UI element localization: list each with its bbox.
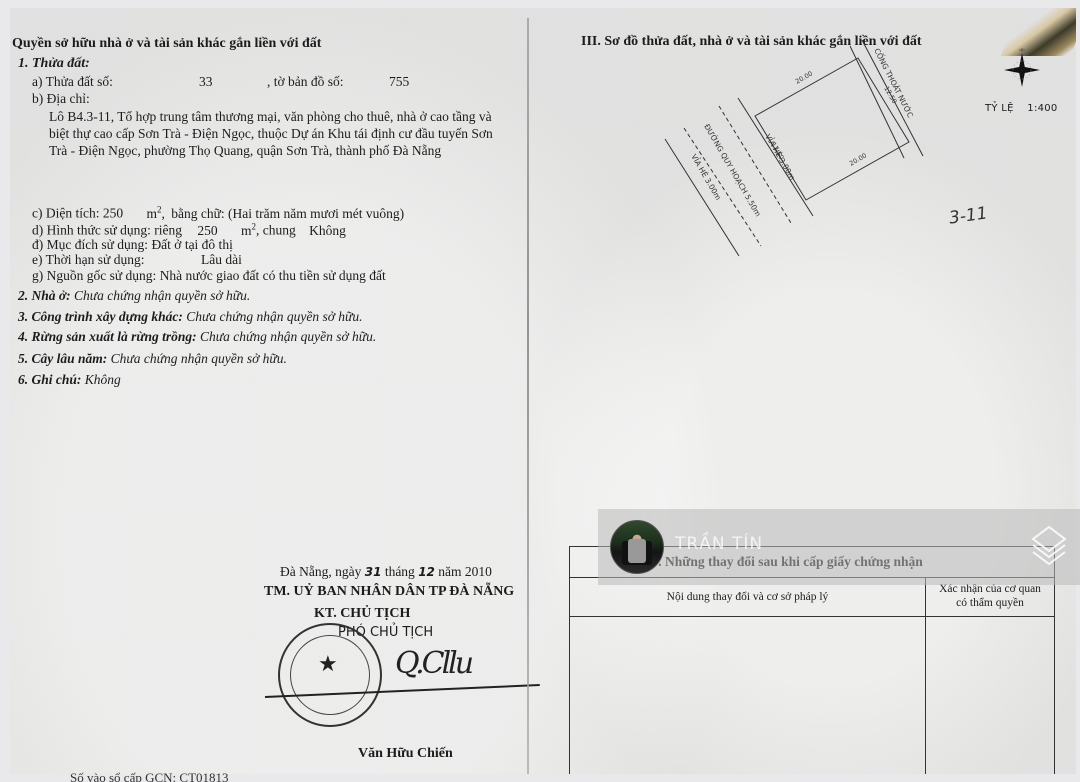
item-house-value: Chưa chứng nhận quyền sở hữu. xyxy=(74,288,250,303)
watermark-banner xyxy=(598,509,1080,585)
term-value: Lâu dài xyxy=(201,252,242,268)
far-sidewalk-label: VỈA HÈ 3.00m xyxy=(689,153,723,202)
area-unit: m xyxy=(146,206,157,221)
left-header: Quyền sở hữu nhà ở và tài sản khác gắn l… xyxy=(12,36,321,52)
date-year-label: năm xyxy=(438,564,461,579)
stacked-diamond-logo-icon xyxy=(1030,525,1068,567)
private-area: 250 xyxy=(197,223,217,238)
authority-confirmation-cell xyxy=(926,617,1054,774)
left-page: Quyền sở hữu nhà ở và tài sản khác gắn l… xyxy=(10,8,527,774)
date-day: 31 xyxy=(365,565,382,579)
origin-label: g) Nguồn gốc sử dụng: xyxy=(32,268,156,283)
shared-value: Không xyxy=(309,223,346,238)
origin-row: g) Nguồn gốc sử dụng: Nhà nước giao đất … xyxy=(32,268,386,284)
date-month-label: tháng xyxy=(385,564,415,579)
date-year: 2010 xyxy=(465,564,492,579)
usage-form-label: d) Hình thức sử dụng: riêng xyxy=(32,223,182,238)
term-label: e) Thời hạn sử dụng: xyxy=(32,252,144,267)
item-other-construction-value: Chưa chứng nhận quyền sở hữu. xyxy=(186,309,362,324)
item-forest-title: 4. Rừng sản xuất là rừng trồng: xyxy=(18,329,197,344)
col-authority-line2: có thẩm quyền xyxy=(956,597,1024,609)
item-perennial-trees-value: Chưa chứng nhận quyền sở hữu. xyxy=(111,351,287,366)
date-prefix: Đà Nẵng, ngày xyxy=(280,564,361,579)
shared-label: , chung xyxy=(256,223,296,238)
purpose-value: Đất ở tại đô thị xyxy=(151,237,232,252)
area-value: 250 xyxy=(103,206,123,221)
address-line-3: Trà - Điện Ngọc, phường Thọ Quang, quận … xyxy=(49,143,441,159)
date-month: 12 xyxy=(418,565,435,579)
parcel-diagram: 20.00 20.00 12.50 12.50 CỐNG THOÁT NƯỚC … xyxy=(529,8,1076,508)
address-line-1: Lô B4.3-11, Tổ hợp trung tâm thương mại,… xyxy=(49,109,492,125)
parcel-number: 33 xyxy=(199,74,213,90)
official-seal-icon: ★ xyxy=(278,623,382,727)
certificate-scan: Quyền sở hữu nhà ở và tài sản khác gắn l… xyxy=(10,8,1076,774)
item-house-title: 2. Nhà ở: xyxy=(18,288,71,303)
issue-date: Đà Nẵng, ngày 31 tháng 12 năm 2010 xyxy=(280,564,492,580)
purpose-row: đ) Mục đích sử dụng: Đất ở tại đô thị xyxy=(32,237,233,253)
change-content-cell xyxy=(570,617,926,774)
edge-bottom-length: 20.00 xyxy=(848,151,868,167)
parcel-row: a) Thửa đất số: 33 , tờ bản đồ số: 755 xyxy=(32,74,113,90)
usage-form-row: d) Hình thức sử dụng: riêng 250 m2, chun… xyxy=(32,221,346,239)
issuing-authority: TM. UỶ BAN NHÂN DÂN TP ĐÀ NẴNG xyxy=(264,584,514,600)
item-forest: 4. Rừng sản xuất là rừng trồng: Chưa chứ… xyxy=(18,329,376,345)
item-house: 2. Nhà ở: Chưa chứng nhận quyền sở hữu. xyxy=(18,288,250,304)
parcel-label: a) Thửa đất số: xyxy=(32,74,113,89)
item-perennial-trees-title: 5. Cây lâu năm: xyxy=(18,351,107,366)
near-sidewalk-label: VỈA HÈ 3.00m xyxy=(763,133,797,182)
item-note-title: 6. Ghi chú: xyxy=(18,372,81,387)
item-forest-value: Chưa chứng nhận quyền sở hữu. xyxy=(200,329,376,344)
origin-value: Nhà nước giao đất có thu tiền sử dụng đấ… xyxy=(160,268,386,283)
address-label: b) Địa chỉ: xyxy=(32,91,90,107)
item-note: 6. Ghi chú: Không xyxy=(18,372,121,388)
section1-title: 1. Thửa đất: xyxy=(18,56,90,72)
item-other-construction: 3. Công trình xây dựng khác: Chưa chứng … xyxy=(18,309,363,325)
purpose-label: đ) Mục đích sử dụng: xyxy=(32,237,148,252)
drain-label: CỐNG THOÁT NƯỚC xyxy=(872,46,916,119)
area-label: c) Diện tích: xyxy=(32,206,99,221)
profile-avatar xyxy=(610,520,664,574)
map-sheet-number: 755 xyxy=(389,74,409,90)
changes-table-body xyxy=(570,617,1054,774)
right-page: III. Sơ đồ thửa đất, nhà ở và tài sản kh… xyxy=(529,8,1076,774)
address-line-2: biệt thự cao cấp Sơn Trà - Điện Ngọc, th… xyxy=(49,126,493,142)
edge-top-length: 20.00 xyxy=(794,69,814,85)
signer-role-primary: KT. CHỦ TỊCH xyxy=(314,606,410,622)
seal-star-icon: ★ xyxy=(318,651,338,677)
item-note-value: Không xyxy=(85,372,121,387)
certificate-registry-number: Số vào sổ cấp GCN: CT01813 xyxy=(70,770,229,782)
map-sheet-label: , tờ bản đồ số: xyxy=(267,74,344,90)
item-other-construction-title: 3. Công trình xây dựng khác: xyxy=(18,309,183,324)
area-row: c) Diện tích: 250 m2, bằng chữ: (Hai tră… xyxy=(32,204,404,222)
watermark-name: TRẦN TÍN xyxy=(675,534,763,554)
item-perennial-trees: 5. Cây lâu năm: Chưa chứng nhận quyền sở… xyxy=(18,351,287,367)
private-area-unit: m xyxy=(241,223,252,238)
area-in-words: bằng chữ: (Hai trăm năm mươi mét vuông) xyxy=(171,206,404,221)
signer-name: Văn Hữu Chiến xyxy=(358,746,453,762)
col-authority-line1: Xác nhận của cơ quan xyxy=(939,583,1041,595)
term-row: e) Thời hạn sử dụng: Lâu dài xyxy=(32,252,144,268)
handwritten-signature: Q.Cllu xyxy=(395,646,471,681)
